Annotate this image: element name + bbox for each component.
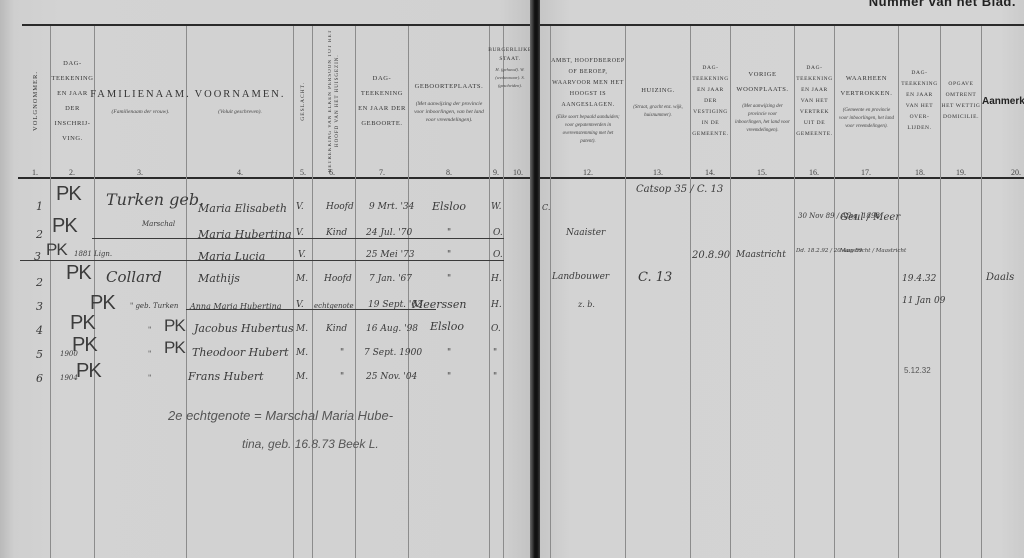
row-geslacht: M. [296, 372, 308, 382]
row-burgerlijke-staat: " [493, 372, 497, 382]
strikethrough [92, 238, 504, 239]
row-vestiging: 20.8.90 [692, 250, 730, 261]
row-betrekking: " [340, 348, 344, 358]
header-waarheen: Waarheen vertrokken. (Gemeente en provin… [835, 28, 898, 174]
row-voornamen: Maria Elisabeth [198, 202, 287, 215]
column-number: 12. [583, 168, 593, 177]
row-betrekking: Kind [326, 228, 347, 238]
column-number: 9. [493, 168, 499, 177]
row-geslacht: V. [296, 202, 304, 212]
row-geboorteplaats: " [447, 274, 451, 284]
pk-stamp: PK [72, 334, 97, 357]
column-number: 2. [69, 168, 75, 177]
row-betrekking: Hoofd [324, 274, 352, 284]
row-burgerlijke-staat: O. [493, 250, 503, 260]
header-voornamen: Voornamen. (Voluit geschreven). [187, 28, 293, 174]
pencil-note-line1: 2e echtgenote = Marschal Maria Hube- [168, 408, 393, 423]
row-beroep: Naaister [566, 228, 605, 238]
row-volgnummer: 3 [34, 250, 41, 263]
row-beroep: z. b. [578, 300, 595, 309]
row-voornamen: Jacobus Hubertus [194, 322, 294, 335]
row-voornamen: Theodoor Hubert [192, 346, 289, 359]
header-overlijden: Dag- teekening en Jaar van het over- lij… [899, 28, 940, 174]
row-voornamen: Maria Lucia [198, 250, 265, 263]
column-number: 20. [1011, 168, 1021, 177]
top-rule [540, 24, 1024, 26]
pk-stamp: PK [164, 316, 185, 336]
row-betrekking: " [340, 372, 344, 382]
column-number: 15. [757, 168, 767, 177]
row-vorige-woonplaats: Maastricht [736, 250, 786, 260]
row-geboorteplaats: Elsloo [432, 200, 466, 213]
row-waarheen: Geul / Meer [840, 212, 900, 223]
column-number: 8. [446, 168, 452, 177]
row-burgerlijke-staat: H. [491, 274, 502, 284]
row-geboortedatum: 9 Mrt. '34 [369, 202, 414, 212]
header-geslacht: Geslacht. [294, 28, 312, 174]
header-familienaam: Familienaam. (Familienaam der vrouw). [95, 28, 186, 174]
row-waarheen: Maastricht / Maastricht [840, 248, 906, 254]
header-bottom-rule [18, 177, 532, 179]
column-number: 13. [653, 168, 663, 177]
column-number: 5. [300, 168, 306, 177]
pk-stamp: PK [66, 262, 91, 285]
column-number: 14. [705, 168, 715, 177]
header-bottom-rule [540, 177, 1024, 179]
row-voornamen: Frans Hubert [188, 370, 264, 383]
register-right-page: Nummer van het Blad. Ambt, Hoofdberoep o… [540, 0, 1024, 558]
row-volgnummer: 3 [36, 300, 43, 313]
row-geboorteplaats: " [447, 348, 451, 358]
header-vestiging: Dag- teekening en Jaar der vestiging in … [691, 28, 730, 174]
row-aanmerking: Daals [986, 272, 1014, 283]
header-vertrek: Dag- teekening en Jaar van het vertrek u… [795, 28, 834, 174]
row-burgerlijke-staat: O. [491, 324, 501, 334]
row-geboorteplaats: Elsloo [430, 320, 464, 333]
column-number: 1. [32, 168, 38, 177]
row-inschrijving: 1881 Lign. [74, 250, 112, 258]
column-number: 7. [379, 168, 385, 177]
row-geslacht: V. [298, 250, 306, 260]
row-burgerlijke-staat: O. [493, 228, 503, 238]
row-familienaam: " [148, 326, 151, 334]
pk-stamp: PK [56, 183, 81, 206]
pencil-note-line2: tina, geb. 16.8.73 Beek L. [242, 437, 379, 451]
header-geboorteplaats: Geboorteplaats. (Met aanwijzing der prov… [409, 28, 489, 174]
header-geboorte: Dag- teekening en Jaar der Geboorte. [356, 28, 408, 174]
pk-stamp: PK [70, 312, 95, 335]
pk-stamp: PK [52, 215, 77, 238]
row-geslacht: M. [296, 324, 308, 334]
header-domicilie: Opgave omtrent het wettig domicilie. [941, 28, 981, 174]
pk-stamp: PK [164, 338, 185, 358]
header-huizing: Huizing. (Straat, gracht enz. wijk, huis… [626, 28, 690, 174]
row-volgnummer: 1 [36, 200, 43, 213]
register-left-page: Volgnommer. Dag- teekening en Jaar der I… [0, 0, 532, 558]
row-familienaam: Turken geb. [106, 190, 204, 209]
row-beroep: Landbouwer [552, 272, 609, 282]
row-burgerlijke-staat: W. [491, 202, 502, 212]
row-kerkgenootschap: C. [542, 203, 550, 212]
row-volgnummer: 6 [36, 372, 43, 385]
header-volgnommer: Volgnommer. [20, 28, 50, 174]
row-geslacht: M. [296, 348, 308, 358]
row-volgnummer: 4 [36, 324, 43, 337]
header-betrekking: Betrekking van elken persoon tot het hoo… [313, 28, 355, 174]
pk-stamp: PK [76, 360, 101, 383]
row-geboortedatum: 25 Nov. '04 [366, 372, 417, 382]
row-geboortedatum: 24 Jul. '70 [366, 228, 412, 238]
row-familienaam: Collard [106, 268, 162, 286]
strikethrough [186, 309, 436, 310]
row-betrekking: Kind [326, 324, 347, 334]
row-overlijden: 11 Jan 09 [902, 296, 945, 306]
header-aanmerkingen: Aanmerki [982, 28, 1024, 174]
row-voornamen: Maria Hubertina [198, 228, 292, 241]
row-overlijden: 19.4.32 [902, 274, 936, 284]
pk-stamp: PK [46, 240, 67, 260]
row-geboorteplaats: " [447, 228, 451, 238]
page-number-label: Nummer van het Blad. [869, 0, 1016, 9]
row-geboortedatum: 7 Sept. 1900 [364, 348, 422, 358]
row-burgerlijke-staat: H. [491, 300, 502, 310]
column-number: 4. [237, 168, 243, 177]
column-number: 6. [329, 168, 335, 177]
row-huizing: C. 13 [638, 270, 672, 285]
header-beroep: Ambt, Hoofdberoep of Beroep, waarvoor me… [551, 28, 625, 174]
column-number: 17. [861, 168, 871, 177]
row-volgnummer: 5 [36, 348, 43, 361]
row-volgnummer: 2 [36, 276, 43, 289]
row-geboortedatum: 25 Mei '73 [366, 250, 415, 260]
row-familienaam: " [148, 350, 151, 358]
header-inschrijving: Dag- teekening en Jaar der Inschrij- vin… [51, 28, 94, 174]
row-geslacht: V. [296, 228, 304, 238]
row-geboortedatum: 16 Aug. '98 [366, 324, 418, 334]
top-rule [22, 24, 532, 26]
row-huizing: Catsop 35 / C. 13 [636, 184, 723, 195]
row-geboortedatum: 7 Jan. '67 [369, 274, 412, 284]
row-overlijden: 5.12.32 [904, 366, 931, 375]
column-number: 16. [809, 168, 819, 177]
column-number: 10. [513, 168, 523, 177]
strikethrough [20, 260, 504, 261]
row-volgnummer: 2 [36, 228, 43, 241]
row-familienaam: " [148, 374, 151, 382]
column-number: 19. [956, 168, 966, 177]
row-geslacht: M. [296, 274, 308, 284]
row-betrekking: Hoofd [326, 202, 354, 212]
row-voornamen: Mathijs [198, 272, 240, 285]
row-familienaam-note: Marschal [142, 220, 175, 228]
row-geboorteplaats: " [447, 250, 451, 260]
column-number: 18. [915, 168, 925, 177]
header-vorige-woonplaats: Vorige Woonplaats. (Met aanwijzing der p… [731, 28, 794, 174]
row-burgerlijke-staat: " [493, 348, 497, 358]
row-geboorteplaats: " [447, 372, 451, 382]
column-number: 3. [137, 168, 143, 177]
row-familienaam: " geb. Turken [130, 302, 178, 310]
